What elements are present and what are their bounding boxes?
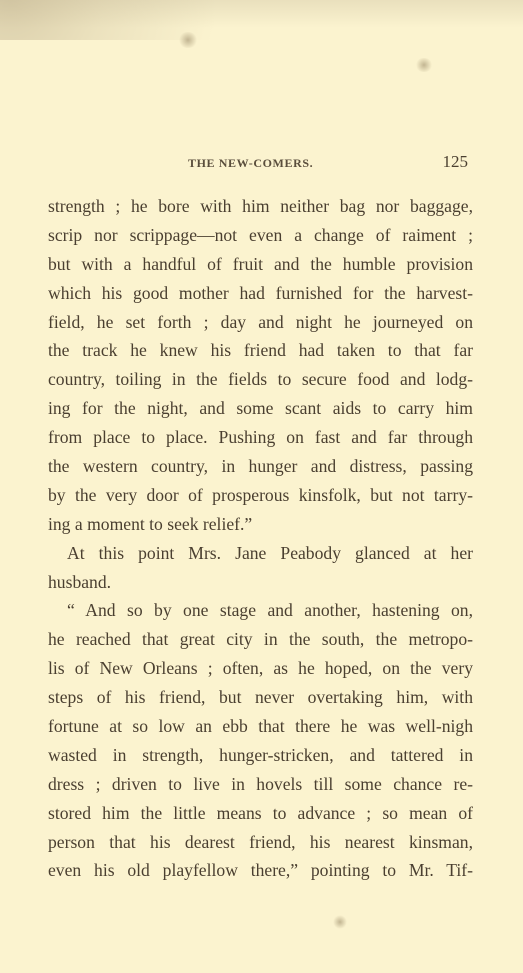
text-line: he reached that great city in the south,… bbox=[48, 625, 473, 654]
text-line: stored him the little means to advance ;… bbox=[48, 799, 473, 828]
text-line: from place to place. Pushing on fast and… bbox=[48, 423, 473, 452]
text-line: country, toiling in the fields to secure… bbox=[48, 365, 473, 394]
body-text: strength ; he bore with him neither bag … bbox=[48, 192, 473, 885]
scan-speckle bbox=[0, 0, 523, 40]
text-line: fortune at so low an ebb that there he w… bbox=[48, 712, 473, 741]
book-page: THE NEW-COMERS. 125 strength ; he bore w… bbox=[0, 0, 523, 973]
ink-blot bbox=[178, 32, 198, 48]
text-line: by the very door of prosperous kinsfolk,… bbox=[48, 481, 473, 510]
text-line: husband. bbox=[48, 568, 473, 597]
running-title: THE NEW-COMERS. bbox=[188, 156, 313, 171]
text-line: lis of New Orleans ; often, as he hoped,… bbox=[48, 654, 473, 683]
text-line: scrip nor scrippage—not even a change of… bbox=[48, 221, 473, 250]
running-head: THE NEW-COMERS. 125 bbox=[50, 152, 468, 172]
text-line: ing a moment to seek relief.” bbox=[48, 510, 473, 539]
text-line: but with a handful of fruit and the humb… bbox=[48, 250, 473, 279]
text-line: “ And so by one stage and another, haste… bbox=[48, 596, 473, 625]
text-line: field, he set forth ; day and night he j… bbox=[48, 308, 473, 337]
text-line: person that his dearest friend, his near… bbox=[48, 828, 473, 857]
text-line: which his good mother had furnished for … bbox=[48, 279, 473, 308]
page-number: 125 bbox=[443, 152, 469, 172]
ink-blot bbox=[415, 58, 433, 72]
ink-blot bbox=[333, 915, 347, 929]
text-line: even his old playfellow there,” pointing… bbox=[48, 856, 473, 885]
text-line: steps of his friend, but never overtakin… bbox=[48, 683, 473, 712]
text-line: the western country, in hunger and distr… bbox=[48, 452, 473, 481]
text-line: wasted in strength, hunger-stricken, and… bbox=[48, 741, 473, 770]
text-line: strength ; he bore with him neither bag … bbox=[48, 192, 473, 221]
text-line: At this point Mrs. Jane Peabody glanced … bbox=[48, 539, 473, 568]
text-line: ing for the night, and some scant aids t… bbox=[48, 394, 473, 423]
text-line: the track he knew his friend had taken t… bbox=[48, 336, 473, 365]
text-line: dress ; driven to live in hovels till so… bbox=[48, 770, 473, 799]
